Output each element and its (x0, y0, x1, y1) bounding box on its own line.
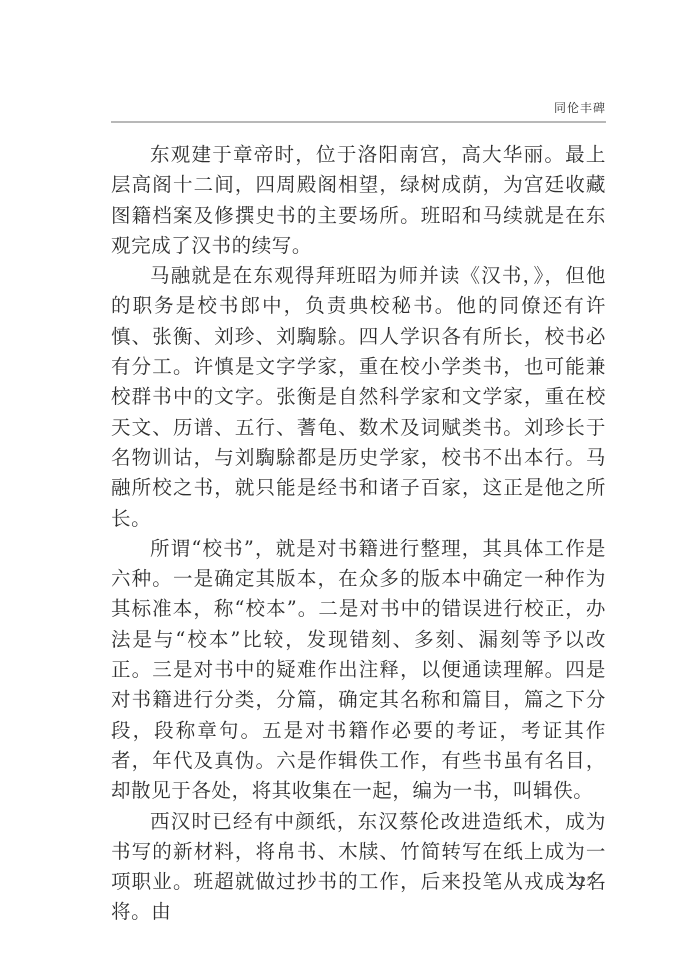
running-head-title: 同伦丰碑 (111, 100, 606, 116)
paragraph-4: 西汉时已经有中颜纸，东汉蔡伦改进造纸术，成为书写的新材料，将帛书、木牍、竹简转写… (111, 807, 606, 928)
body-text: 东观建于章帝时，位于洛阳南宫，高大华丽。最上层高阁十二间，四周殿阁相望，绿树成荫… (111, 140, 606, 928)
book-page: 同伦丰碑 东观建于章帝时，位于洛阳南宫，高大华丽。最上层高阁十二间，四周殿阁相望… (0, 0, 692, 968)
header-rule (111, 121, 606, 123)
paragraph-3: 所谓“校书”，就是对书籍进行整理，其具体工作是六种。一是确定其版本，在众多的版本… (111, 534, 606, 807)
page-number: - 227 - (540, 874, 606, 891)
paragraph-2: 马融就是在东观得拜班昭为师并读《汉书，》，但他的职务是校书郎中，负责典校秘书。他… (111, 261, 606, 534)
paragraph-1: 东观建于章帝时，位于洛阳南宫，高大华丽。最上层高阁十二间，四周殿阁相望，绿树成荫… (111, 140, 606, 261)
